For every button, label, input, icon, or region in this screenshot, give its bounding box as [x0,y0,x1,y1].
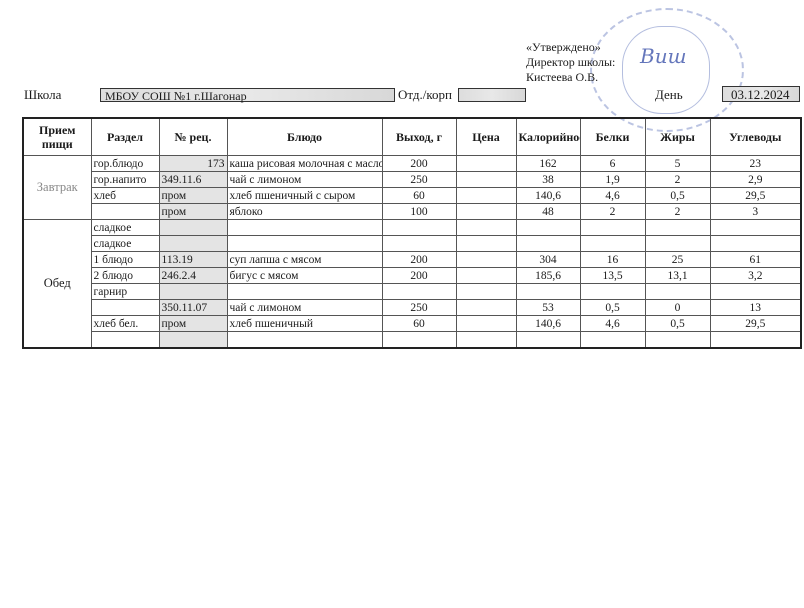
kcal-cell [516,220,580,236]
fat-cell: 2 [645,204,710,220]
dish-cell [227,284,382,300]
school-label: Школа [24,87,61,103]
kcal-cell [516,236,580,252]
fat-cell: 2 [645,172,710,188]
protein-cell [580,236,645,252]
carbs-cell: 29,5 [710,188,801,204]
section-cell [91,300,159,316]
price-cell [456,332,516,349]
protein-cell: 6 [580,156,645,172]
protein-cell [580,284,645,300]
kcal-cell: 140,6 [516,316,580,332]
table-header-row: Прием пищиРаздел№ рец.БлюдоВыход, гЦенаК… [23,118,801,156]
meal-name-cell: Завтрак [23,156,91,220]
recipe-cell: пром [159,204,227,220]
recipe-cell: 350.11.07 [159,300,227,316]
meal-name-cell: Обед [23,220,91,349]
column-header: Выход, г [382,118,456,156]
dish-cell [227,220,382,236]
carbs-cell: 13 [710,300,801,316]
table-row: хлебпромхлеб пшеничный с сыром60140,64,6… [23,188,801,204]
section-cell [91,332,159,349]
school-field: МБОУ СОШ №1 г.Шагонар [100,88,395,102]
dish-cell: чай с лимоном [227,172,382,188]
price-cell [456,252,516,268]
carbs-cell: 29,5 [710,316,801,332]
section-cell: хлеб [91,188,159,204]
carbs-cell [710,236,801,252]
fat-cell: 5 [645,156,710,172]
kcal-cell: 304 [516,252,580,268]
price-cell [456,268,516,284]
recipe-cell [159,284,227,300]
dish-cell: хлеб пшеничный с сыром [227,188,382,204]
carbs-cell [710,284,801,300]
section-cell: хлеб бел. [91,316,159,332]
fat-cell: 25 [645,252,710,268]
price-cell [456,204,516,220]
column-header: Цена [456,118,516,156]
dish-cell [227,236,382,252]
recipe-cell [159,236,227,252]
price-cell [456,284,516,300]
column-header: Блюдо [227,118,382,156]
section-cell: гор.блюдо [91,156,159,172]
menu-table: Прием пищиРаздел№ рец.БлюдоВыход, гЦенаК… [22,117,802,349]
dish-cell [227,332,382,349]
table-row: сладкое [23,236,801,252]
output-cell [382,220,456,236]
price-cell [456,300,516,316]
output-cell: 250 [382,172,456,188]
output-cell [382,332,456,349]
recipe-cell: 246.2.4 [159,268,227,284]
price-cell [456,188,516,204]
dish-cell: суп лапша с мясом [227,252,382,268]
output-cell: 100 [382,204,456,220]
approval-position: Директор школы: [526,55,615,70]
section-cell: 1 блюдо [91,252,159,268]
carbs-cell: 23 [710,156,801,172]
kcal-cell: 185,6 [516,268,580,284]
section-cell: гарнир [91,284,159,300]
date-field: 03.12.2024 [722,86,800,102]
column-header: № рец. [159,118,227,156]
protein-cell: 2 [580,204,645,220]
column-header: Раздел [91,118,159,156]
section-cell [91,204,159,220]
table-row: 2 блюдо246.2.4бигус с мясом200185,613,51… [23,268,801,284]
table-row: 350.11.07чай с лимоном250530,5013 [23,300,801,316]
table-row: гор.напито349.11.6чай с лимоном250381,92… [23,172,801,188]
kcal-cell: 53 [516,300,580,316]
fat-cell: 0,5 [645,188,710,204]
dish-cell: бигус с мясом [227,268,382,284]
table-row: промяблоко10048223 [23,204,801,220]
dish-cell: каша рисовая молочная с маслом [227,156,382,172]
table-row: Обедсладкое [23,220,801,236]
column-header: Жиры [645,118,710,156]
section-cell: гор.напито [91,172,159,188]
kcal-cell: 48 [516,204,580,220]
kcal-cell [516,284,580,300]
fat-cell: 13,1 [645,268,710,284]
column-header: Прием пищи [23,118,91,156]
column-header: Калорийность [516,118,580,156]
output-cell: 60 [382,188,456,204]
approval-name: Кистеева О.В. [526,70,615,85]
dept-label: Отд./корп [398,87,452,103]
fat-cell [645,220,710,236]
recipe-cell: 113.19 [159,252,227,268]
protein-cell: 13,5 [580,268,645,284]
price-cell [456,220,516,236]
dish-cell: чай с лимоном [227,300,382,316]
day-label: День [655,87,683,103]
output-cell: 200 [382,268,456,284]
table-row: хлеб бел.промхлеб пшеничный60140,64,60,5… [23,316,801,332]
column-header: Белки [580,118,645,156]
recipe-cell [159,332,227,349]
price-cell [456,236,516,252]
protein-cell [580,332,645,349]
output-cell: 250 [382,300,456,316]
price-cell [456,156,516,172]
recipe-cell: 349.11.6 [159,172,227,188]
protein-cell: 1,9 [580,172,645,188]
fat-cell [645,332,710,349]
protein-cell: 0,5 [580,300,645,316]
output-cell: 60 [382,316,456,332]
carbs-cell: 3 [710,204,801,220]
section-cell: 2 блюдо [91,268,159,284]
recipe-cell: пром [159,188,227,204]
carbs-cell: 2,9 [710,172,801,188]
price-cell [456,172,516,188]
table-row [23,332,801,349]
dept-field [458,88,526,102]
director-signature: Виш [640,44,687,68]
protein-cell: 16 [580,252,645,268]
price-cell [456,316,516,332]
section-cell: сладкое [91,220,159,236]
recipe-cell [159,220,227,236]
table-row: 1 блюдо113.19суп лапша с мясом2003041625… [23,252,801,268]
table-row: Завтракгор.блюдо173каша рисовая молочная… [23,156,801,172]
carbs-cell: 61 [710,252,801,268]
carbs-cell [710,332,801,349]
fat-cell [645,236,710,252]
carbs-cell [710,220,801,236]
column-header: Углеводы [710,118,801,156]
recipe-cell: пром [159,316,227,332]
output-cell: 200 [382,252,456,268]
kcal-cell [516,332,580,349]
output-cell [382,236,456,252]
fat-cell: 0 [645,300,710,316]
fat-cell: 0,5 [645,316,710,332]
protein-cell: 4,6 [580,316,645,332]
output-cell [382,284,456,300]
kcal-cell: 140,6 [516,188,580,204]
protein-cell [580,220,645,236]
kcal-cell: 162 [516,156,580,172]
kcal-cell: 38 [516,172,580,188]
carbs-cell: 3,2 [710,268,801,284]
dish-cell: яблоко [227,204,382,220]
approval-title: «Утверждено» [526,40,615,55]
output-cell: 200 [382,156,456,172]
fat-cell [645,284,710,300]
table-row: гарнир [23,284,801,300]
approval-block: «Утверждено» Директор школы: Кистеева О.… [526,40,615,85]
dish-cell: хлеб пшеничный [227,316,382,332]
section-cell: сладкое [91,236,159,252]
recipe-cell: 173 [159,156,227,172]
protein-cell: 4,6 [580,188,645,204]
